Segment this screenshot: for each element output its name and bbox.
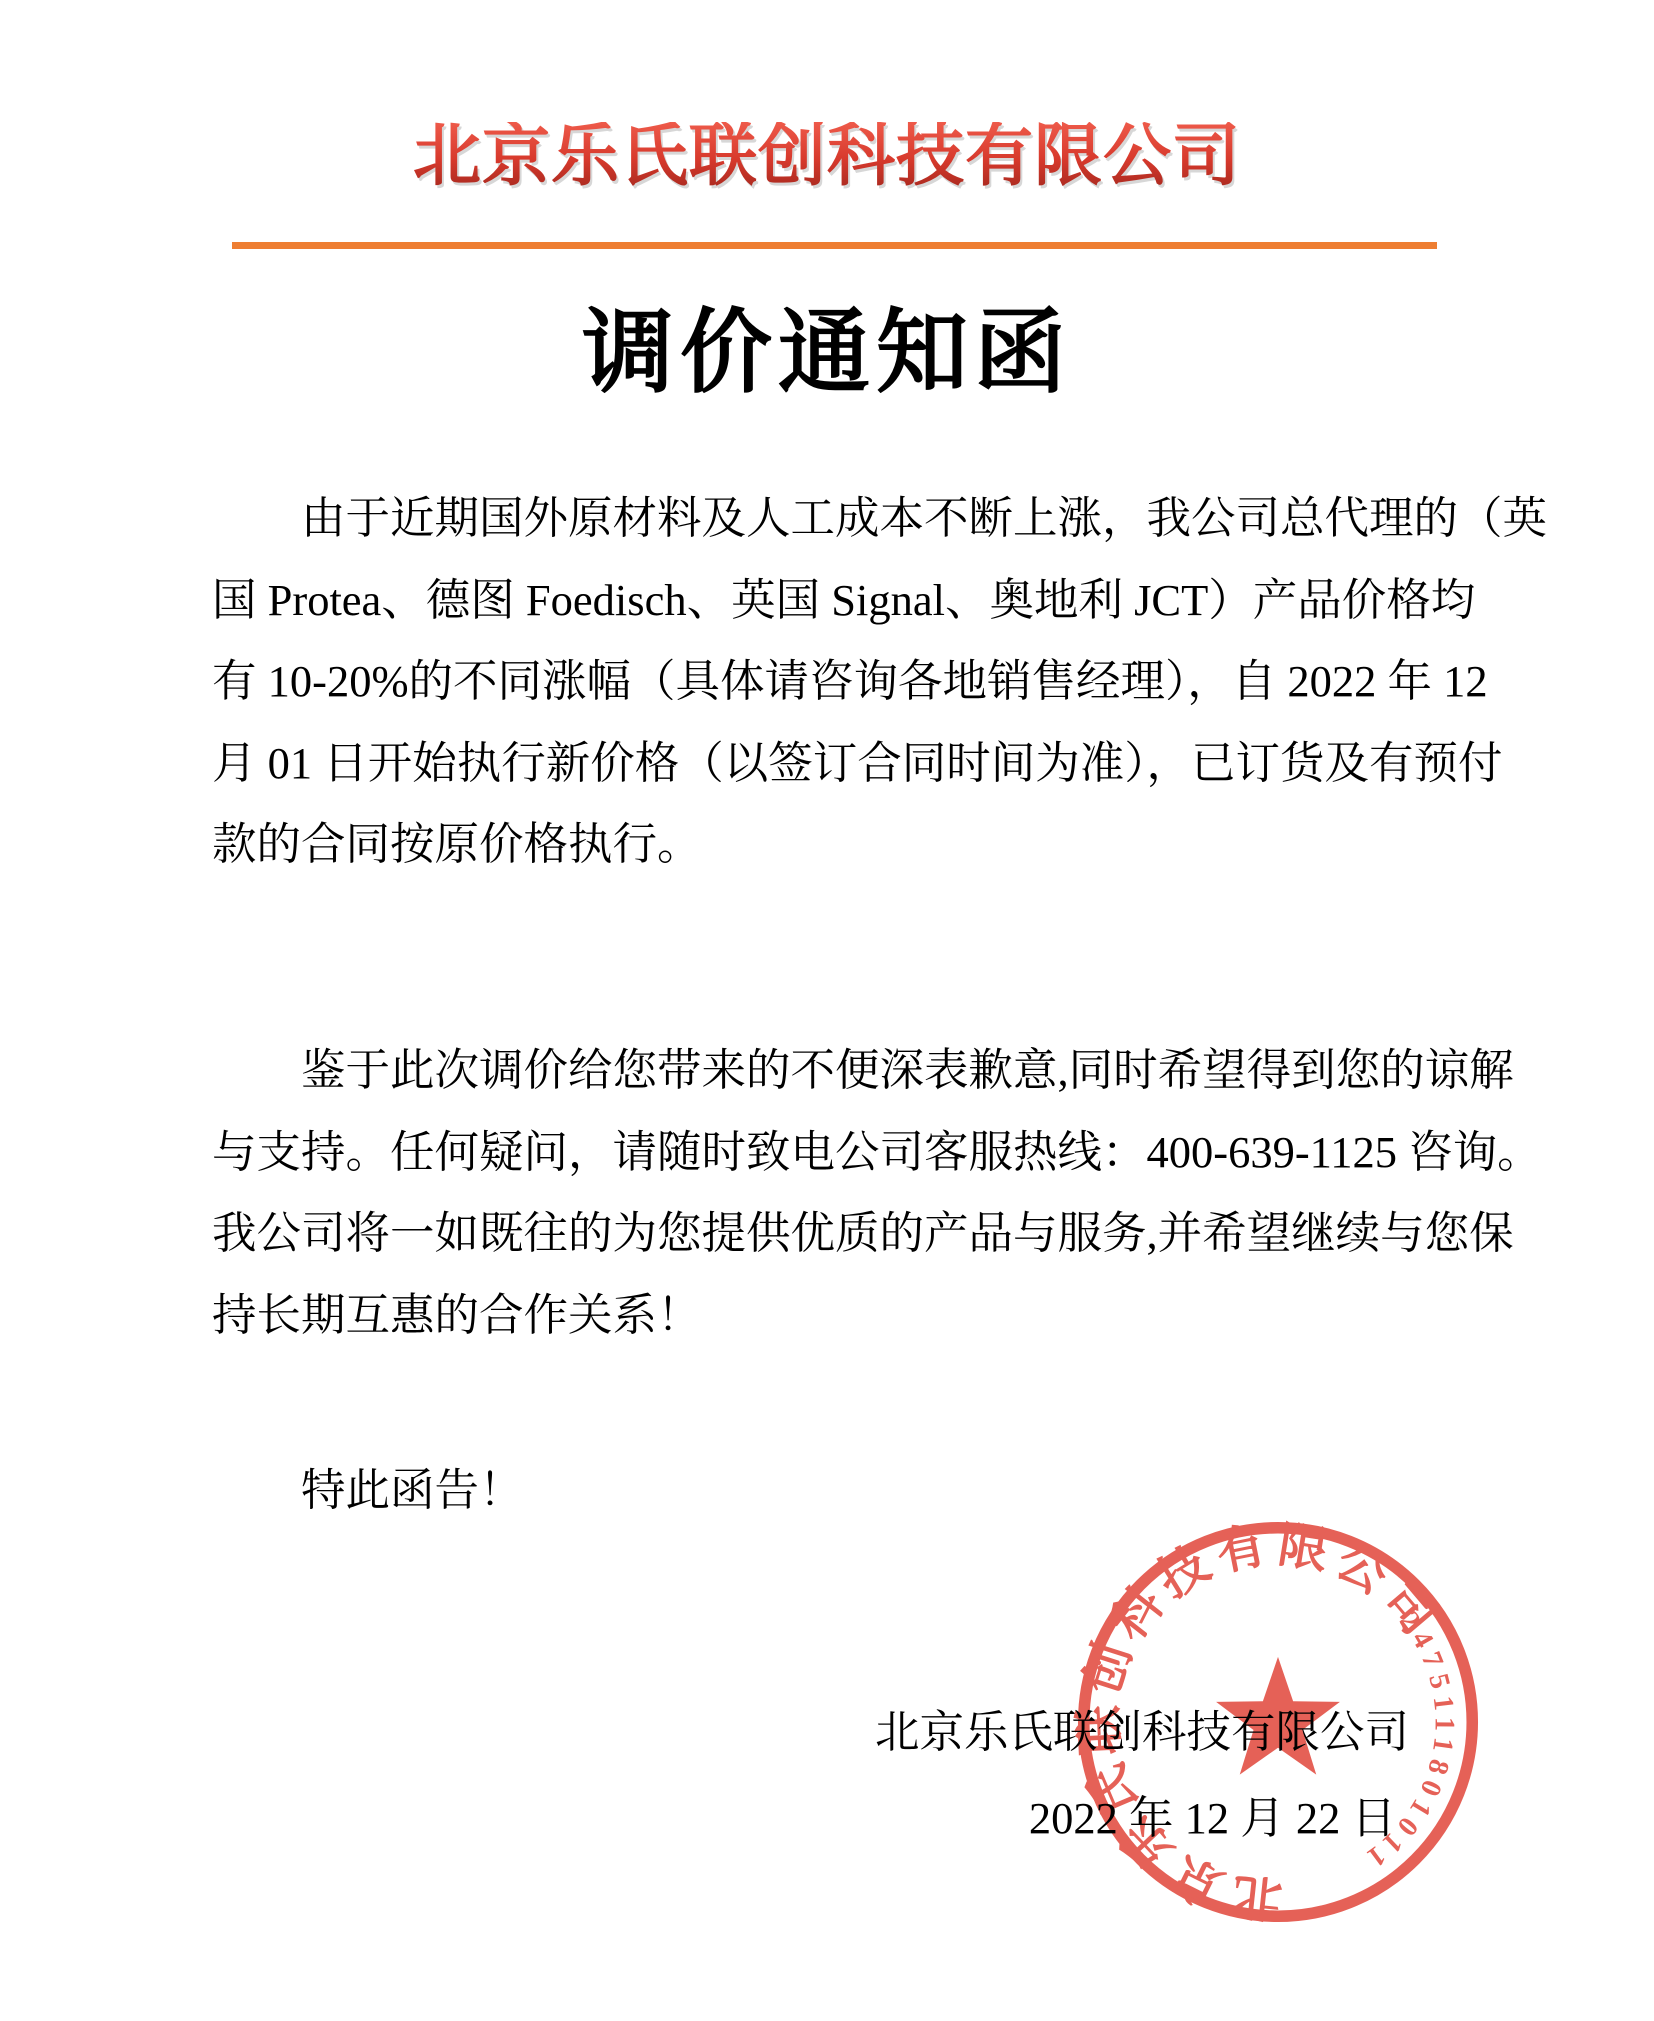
text-line: 由于近期国外原材料及人工成本不断上涨，我公司总代理的（英 bbox=[212, 478, 1442, 560]
document-body: 由于近期国外原材料及人工成本不断上涨，我公司总代理的（英 国 Protea、德图… bbox=[212, 478, 1442, 1532]
signature-company-name: 北京乐氏联创科技有限公司 bbox=[875, 1692, 1409, 1774]
text-line: 有 10-20%的不同涨幅（具体请咨询各地销售经理），自 2022 年 12 bbox=[212, 641, 1442, 723]
company-letterhead: 北京乐氏联创科技有限公司 bbox=[0, 122, 1654, 190]
text-line: 鉴于此次调价给您带来的不便深表歉意,同时希望得到您的谅解 bbox=[212, 1030, 1442, 1112]
paragraph-price-increase: 由于近期国外原材料及人工成本不断上涨，我公司总代理的（英 国 Protea、德图… bbox=[212, 478, 1442, 886]
paragraph-apology: 鉴于此次调价给您带来的不便深表歉意,同时希望得到您的谅解 与支持。任何疑问，请随… bbox=[212, 1030, 1442, 1356]
closing-statement-block: 特此函告！ bbox=[212, 1450, 1442, 1532]
text-line: 我公司将一如既往的为您提供优质的产品与服务,并希望继续与您保 bbox=[212, 1193, 1442, 1275]
text-line: 持长期互惠的合作关系！ bbox=[212, 1275, 1442, 1357]
text-line: 款的合同按原价格执行。 bbox=[212, 804, 1442, 886]
price-adjustment-notice-page: 北京乐氏联创科技有限公司 调价通知函 由于近期国外原材料及人工成本不断上涨，我公… bbox=[0, 0, 1654, 2021]
text-line: 月 01 日开始执行新价格（以签订合同时间为准），已订货及有预付 bbox=[212, 723, 1442, 805]
closing-statement: 特此函告！ bbox=[212, 1450, 1442, 1532]
letterhead-divider bbox=[232, 242, 1437, 249]
text-line: 与支持。任何疑问，请随时致电公司客服热线：400-639-1125 咨询。 bbox=[212, 1112, 1442, 1194]
signature-date: 2022 年 12 月 22 日 bbox=[1029, 1778, 1396, 1860]
document-title: 调价通知函 bbox=[0, 298, 1654, 408]
text-line: 国 Protea、德图 Foedisch、英国 Signal、奥地利 JCT）产… bbox=[212, 560, 1442, 642]
